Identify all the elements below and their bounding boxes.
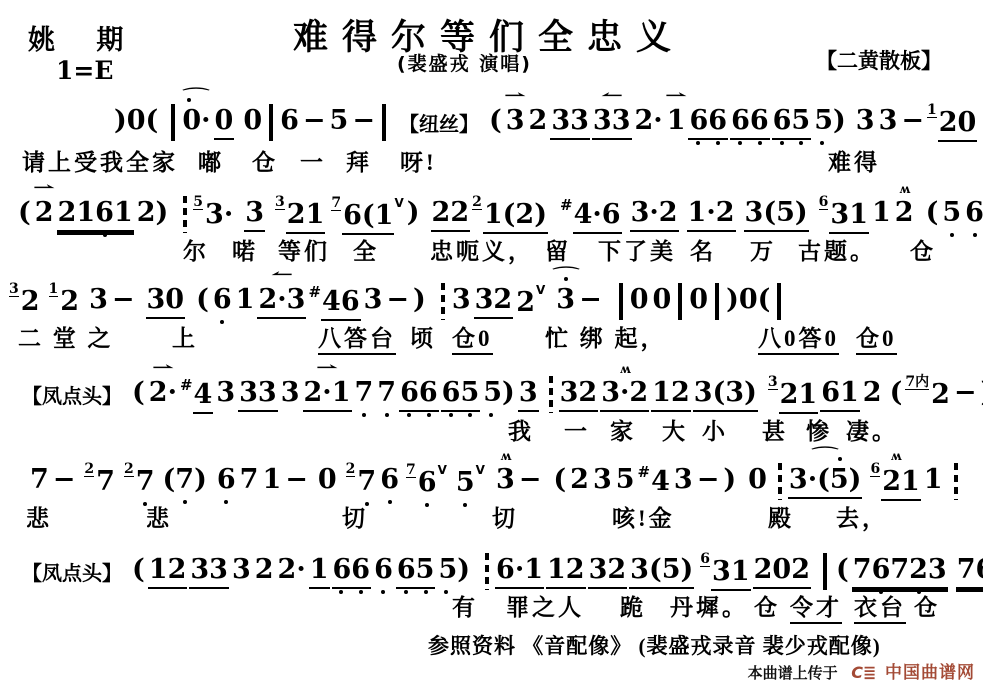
- note-digits: 3: [495, 463, 516, 497]
- lyric-segment: 上: [172, 325, 198, 353]
- note-token: #4: [638, 463, 671, 499]
- note-digits: 0: [688, 283, 709, 317]
- percussion-syllable: 衣台: [854, 594, 906, 624]
- note-token: −: [111, 283, 136, 317]
- note-token: −: [302, 104, 327, 138]
- note-token: 1: [235, 283, 256, 317]
- note-token: 7: [29, 463, 50, 497]
- slur-arc-icon: ⇀: [33, 181, 55, 195]
- note-digits: 32: [559, 376, 599, 412]
- note-token: 32: [9, 283, 41, 319]
- lyrics-line-2: 尔喏等们全忠呃义，留下了美名万古题。仓: [0, 238, 983, 270]
- note-digits: 6: [417, 466, 438, 500]
- octave-dot-below-icon: [468, 413, 472, 417]
- lyric-segment: 忠呃义，: [430, 238, 534, 266]
- notation-line-2: (⇀221612)53·332176(1V)2221(2)#4·63·21·23…: [16, 196, 983, 240]
- note-digits: 0: [652, 283, 673, 317]
- note-digits: −: [578, 283, 603, 317]
- note-token: (: [835, 553, 850, 587]
- note-token: ): [980, 376, 983, 410]
- lyric-segment: 家: [610, 418, 636, 446]
- note-digits: 6·1: [495, 553, 544, 589]
- note-digits: (: [925, 196, 940, 230]
- note-digits: 3: [231, 553, 252, 587]
- note-digits: 2161: [57, 196, 134, 232]
- sharp-accidental-icon: #: [560, 196, 573, 214]
- note-digits: 2: [254, 553, 275, 587]
- note-digits: 12: [651, 376, 691, 412]
- note-digits: 2: [930, 378, 951, 412]
- note-digits: −: [385, 283, 410, 317]
- note-token: 32: [474, 283, 514, 319]
- note-token: 76(1V: [331, 196, 403, 235]
- note-token: 0: [214, 104, 235, 140]
- note-token: ⇀1: [666, 104, 687, 138]
- note-digits: ): [406, 196, 421, 230]
- note-token: ʍ3·2: [600, 376, 649, 412]
- note-digits: 2·3: [257, 283, 306, 319]
- note-digits: −: [953, 376, 978, 410]
- notation-line-3: 32123−30(61↼2·3#463−)3322V⌒3−000)0(: [8, 283, 786, 327]
- note-token: ): [412, 283, 427, 317]
- note-token: 1: [261, 463, 282, 497]
- note-token: 1·2: [687, 196, 736, 232]
- note-token: 33: [238, 376, 278, 412]
- note-token: −: [578, 283, 603, 317]
- note-digits: −: [111, 283, 136, 317]
- opera-name: 姚 期: [28, 18, 139, 57]
- octave-dot-above-icon: [187, 98, 191, 102]
- note-digits: 3: [280, 376, 301, 410]
- note-token: 6·1: [495, 553, 544, 589]
- lyric-segment: 悲: [146, 505, 172, 533]
- note-token: 3(3): [693, 376, 758, 412]
- note-digits: (: [488, 104, 503, 138]
- note-digits: 6(1: [342, 199, 394, 235]
- note-token: 7内2: [905, 376, 951, 412]
- note-token: 2: [528, 104, 549, 138]
- note-token: −: [518, 463, 543, 497]
- note-token: 27: [346, 463, 378, 499]
- barline-dashed: [954, 463, 958, 500]
- note-token: 3: [878, 104, 899, 138]
- trill-mark-icon: ʍ: [891, 450, 901, 462]
- note-digits: 65: [396, 553, 436, 589]
- lyrics-line-3: 二 堂 之上八答台顷仓0忙 绑 起，八0答0仓0: [0, 325, 983, 357]
- lyric-segment: 切: [342, 505, 368, 533]
- note-token: 12: [546, 553, 586, 589]
- percussion-syllable: 八0答0: [758, 325, 839, 355]
- barline-solid: [777, 283, 781, 320]
- note-digits: 0: [747, 463, 768, 497]
- percussion-pattern-label: 【凤点头】: [22, 380, 122, 409]
- note-digits: 6: [373, 553, 394, 587]
- note-token: 2): [136, 196, 170, 230]
- slur-arc-icon: ↼: [271, 268, 293, 282]
- note-token: 5V: [455, 463, 485, 500]
- breath-mark-icon: V: [476, 463, 485, 477]
- lyric-segment: 名: [690, 238, 716, 266]
- note-token: ⇀3: [505, 104, 526, 138]
- note-token: 1: [309, 553, 330, 589]
- sharp-accidental-icon: #: [180, 376, 193, 394]
- lyric-segment: 等们: [278, 238, 330, 266]
- lyric-segment: 跪: [620, 594, 646, 622]
- note-token: 3: [451, 283, 472, 317]
- note-digits: −: [351, 104, 376, 138]
- note-digits: 65: [441, 376, 481, 412]
- note-token: 5: [615, 463, 636, 497]
- note-digits: 33: [550, 104, 590, 140]
- note-token: #4: [180, 376, 213, 414]
- octave-dot-below-icon: [183, 500, 187, 504]
- breath-mark-icon: V: [438, 463, 447, 477]
- lyric-segment: 嘟: [198, 149, 224, 177]
- lyric-segment: 切: [492, 505, 518, 533]
- note-digits: 2): [136, 196, 170, 230]
- note-digits: 1: [871, 196, 892, 230]
- lyric-segment: 请上受我全家: [22, 149, 178, 177]
- note-token: −: [953, 376, 978, 410]
- note-token: 3: [363, 283, 384, 317]
- note-token: )0(: [725, 283, 771, 317]
- note-digits: 5: [455, 466, 476, 500]
- note-token: 6: [279, 104, 300, 138]
- note-digits: 31: [829, 198, 869, 234]
- slur-arc-icon: ⇀: [504, 89, 526, 103]
- note-digits: 4: [193, 378, 214, 414]
- note-digits: 32: [588, 553, 628, 589]
- note-token: ⇀2·1: [303, 376, 352, 412]
- barline-dashed: [441, 283, 445, 320]
- sharp-accidental-icon: #: [308, 283, 321, 301]
- barline-solid: [382, 104, 386, 141]
- note-token: 5: [941, 196, 962, 230]
- note-token: ⌒3·(5): [788, 463, 863, 499]
- lyric-segment: 罪之人: [506, 594, 584, 622]
- note-digits: 65: [772, 104, 812, 140]
- lyric-segment: 咳!金: [612, 505, 675, 533]
- note-token: 27: [84, 463, 116, 499]
- note-digits: 2: [34, 196, 55, 230]
- note-digits: 21: [286, 198, 326, 234]
- note-token: 3: [673, 463, 694, 497]
- lyric-segment: 尔: [183, 238, 209, 266]
- octave-dot-below-icon: [407, 413, 411, 417]
- note-digits: )0(: [725, 283, 771, 317]
- grace-note: 3: [768, 376, 778, 390]
- note-digits: 7: [239, 463, 260, 497]
- note-token: ⇀2·: [148, 376, 178, 410]
- note-digits: 5): [437, 553, 471, 587]
- note-digits: 1: [235, 283, 256, 317]
- note-digits: 2·: [634, 104, 664, 138]
- slur-arc-icon: ⌒: [812, 448, 839, 462]
- note-token: ʍ621: [870, 463, 920, 501]
- note-digits: 4: [650, 465, 671, 499]
- note-token: 0: [688, 283, 709, 317]
- lyrics-line-4: 我一家大小甚惨凄。: [0, 418, 983, 450]
- note-digits: 20: [938, 106, 978, 142]
- octave-dot-below-icon: [103, 233, 107, 237]
- note-digits: 31: [711, 555, 751, 591]
- note-digits: 33: [592, 104, 632, 140]
- note-digits: 2: [59, 285, 80, 319]
- note-digits: 2: [20, 285, 41, 319]
- grace-note: 3: [275, 196, 285, 210]
- note-digits: 7: [135, 465, 156, 499]
- note-digits: 0: [242, 104, 263, 138]
- note-token: −: [696, 463, 721, 497]
- note-token: 33: [550, 104, 590, 140]
- note-token: 76723: [852, 553, 948, 589]
- performer-credit: (裴盛戎 演唱): [397, 49, 532, 76]
- note-digits: 12: [546, 553, 586, 589]
- lyric-segment: 有: [452, 594, 478, 622]
- octave-dot-below-icon: [427, 413, 431, 417]
- lyric-segment: 一: [300, 149, 326, 177]
- note-token: 5): [482, 376, 516, 410]
- note-digits: 3(5): [629, 553, 694, 589]
- note-token: (: [195, 283, 210, 317]
- lyric-segment: 我: [508, 418, 534, 446]
- percussion-pattern-label: 【凤点头】: [22, 557, 122, 586]
- lyric-segment: 仓: [910, 238, 936, 266]
- note-digits: (7): [162, 463, 208, 497]
- note-digits: 66: [688, 104, 728, 140]
- note-token: 7: [354, 376, 375, 410]
- note-digits: 3: [215, 376, 236, 410]
- note-digits: 0: [317, 463, 338, 497]
- note-digits: 66: [730, 104, 770, 140]
- octave-dot-below-icon: [799, 141, 803, 145]
- breath-mark-icon: V: [536, 283, 545, 297]
- note-token: 12: [651, 376, 691, 412]
- note-digits: 2: [569, 463, 590, 497]
- lyric-segment: 留: [545, 238, 571, 266]
- note-digits: 4·6: [573, 198, 622, 234]
- octave-dot-below-icon: [224, 500, 228, 504]
- score-page: 姚 期 1=E 难得尔等们全忠义 (裴盛戎 演唱) 【二黄散板】 )0(⌒0·0…: [0, 0, 983, 689]
- note-digits: 33: [238, 376, 278, 412]
- note-token: 3(5): [744, 196, 809, 232]
- note-token: 12: [148, 553, 188, 589]
- note-token: 6: [964, 196, 983, 230]
- trill-mark-icon: ʍ: [899, 183, 909, 195]
- grace-note: 2: [84, 463, 94, 477]
- lyric-segment: 丹墀。: [670, 594, 748, 622]
- trill-mark-icon: ʍ: [620, 363, 630, 375]
- note-digits: (: [195, 283, 210, 317]
- note-digits: 3: [855, 104, 876, 138]
- note-digits: 66: [332, 553, 372, 589]
- note-token: 66: [688, 104, 728, 140]
- note-digits: 5: [941, 196, 962, 230]
- lyric-segment: 拜: [346, 149, 372, 177]
- note-digits: 46: [321, 285, 361, 321]
- note-token: 0: [629, 283, 650, 317]
- note-token: 3: [231, 553, 252, 587]
- note-token: 27: [124, 463, 156, 499]
- note-digits: 33: [189, 553, 229, 589]
- note-token: 120: [927, 104, 977, 142]
- note-digits: 2: [894, 196, 915, 230]
- slur-arc-icon: ↼: [601, 89, 623, 103]
- lyric-segment: 仓: [754, 594, 780, 622]
- note-token: #46: [308, 283, 360, 321]
- lyric-segment: 殿: [768, 505, 794, 533]
- note-token: 66: [332, 553, 372, 589]
- note-digits: 3: [878, 104, 899, 138]
- note-digits: 7: [95, 465, 116, 499]
- note-token: 66: [399, 376, 439, 412]
- lyrics-line-1: 请上受我全家嘟仓一拜呀!难得: [0, 149, 983, 181]
- lyric-segment: 一: [564, 418, 590, 446]
- note-token: 2: [254, 553, 275, 587]
- note-token: 33: [189, 553, 229, 589]
- note-token: 2·: [277, 553, 307, 587]
- banshi-label: 【二黄散板】: [816, 45, 942, 75]
- lyric-segment: 悲: [26, 505, 52, 533]
- note-token: ⌒0·: [181, 104, 211, 138]
- lyric-segment: 顷: [410, 325, 436, 353]
- octave-dot-below-icon: [362, 413, 366, 417]
- notation-line-1: )0(⌒0·006−5−【纽丝】(⇀3233↼332·⇀16666655)33−…: [112, 104, 983, 148]
- note-token: 3(5): [629, 553, 694, 589]
- note-digits: 6: [216, 463, 237, 497]
- note-digits: 3(3): [693, 376, 758, 412]
- octave-dot-below-icon: [385, 413, 389, 417]
- grace-note: 3: [9, 283, 19, 297]
- note-digits: 3: [518, 376, 539, 412]
- note-digits: 0: [629, 283, 650, 317]
- note-digits: 21: [779, 378, 819, 414]
- note-token: 321: [275, 196, 325, 234]
- grace-note: 6: [870, 463, 880, 477]
- note-token: ): [722, 463, 737, 497]
- note-token: 2: [569, 463, 590, 497]
- note-digits: 1·2: [687, 196, 736, 232]
- note-token: 53·: [193, 196, 234, 232]
- site-name: 中国曲谱网: [885, 663, 975, 683]
- lyric-segment: 去，: [836, 505, 888, 533]
- note-token: 3: [88, 283, 109, 317]
- note-token: 631: [819, 196, 869, 234]
- note-digits: (: [835, 553, 850, 587]
- octave-dot-below-icon: [696, 141, 700, 145]
- barline-solid: [678, 283, 682, 320]
- note-token: (7): [162, 463, 208, 497]
- note-digits: 61: [820, 376, 860, 412]
- note-token: 5: [329, 104, 350, 138]
- note-token: ʍ2: [894, 196, 915, 230]
- octave-dot-below-icon: [738, 141, 742, 145]
- key-signature: 1=E: [56, 56, 113, 85]
- barline-solid: [171, 104, 175, 141]
- percussion-pattern-label: 【纽丝】: [399, 108, 479, 137]
- barline-dashed: [549, 376, 553, 413]
- note-digits: (: [131, 376, 146, 410]
- note-token: 2: [862, 376, 883, 410]
- note-token: −: [284, 463, 309, 497]
- note-token: (: [925, 196, 940, 230]
- octave-dot-below-icon: [388, 500, 392, 504]
- note-digits: 3·2: [630, 196, 679, 232]
- note-digits: 1: [923, 463, 944, 497]
- note-token: 30: [146, 283, 186, 319]
- lyric-segment: 呀!: [400, 149, 437, 177]
- note-digits: 3·(5): [788, 463, 863, 499]
- note-token: 6: [212, 283, 233, 317]
- note-digits: 7: [356, 465, 377, 499]
- octave-dot-above-icon: [564, 277, 568, 281]
- note-token: #4·6: [560, 196, 622, 234]
- note-token: 3: [518, 376, 539, 412]
- note-digits: 1(2): [483, 198, 548, 234]
- slur-arc-icon: ⇀: [316, 361, 338, 375]
- note-digits: 3: [673, 463, 694, 497]
- note-token: 2·: [634, 104, 664, 138]
- grace-note: 7: [331, 197, 341, 211]
- note-digits: 2: [862, 376, 883, 410]
- note-token: 21(2): [472, 196, 548, 234]
- note-token: 0: [242, 104, 263, 138]
- note-token: ʍ3: [495, 463, 516, 497]
- lyric-segment: 仓: [252, 149, 278, 177]
- lyric-segment: 难得: [828, 149, 880, 177]
- note-digits: (: [17, 196, 32, 230]
- note-digits: 76561: [956, 553, 983, 589]
- barline-solid: [823, 553, 827, 590]
- note-digits: 22: [431, 196, 471, 232]
- lyrics-line-5: 悲悲切切咳!金殿去，: [0, 505, 983, 537]
- note-token: 3: [215, 376, 236, 410]
- grace-note: 6: [700, 553, 710, 567]
- note-token: 76561: [956, 553, 983, 589]
- note-digits: ): [722, 463, 737, 497]
- note-digits: 3: [363, 283, 384, 317]
- note-digits: −: [518, 463, 543, 497]
- note-digits: 2·: [277, 553, 307, 587]
- note-digits: (: [552, 463, 567, 497]
- note-digits: 30: [146, 283, 186, 319]
- note-token: ⌒3: [555, 283, 576, 317]
- note-digits: −: [52, 463, 77, 497]
- note-token: 22: [431, 196, 471, 232]
- note-digits: 12: [148, 553, 188, 589]
- note-digits: 6: [279, 104, 300, 138]
- slur-arc-icon: ⇀: [152, 361, 174, 375]
- note-token: −: [351, 104, 376, 138]
- note-digits: 32: [474, 283, 514, 319]
- note-digits: 3(5): [744, 196, 809, 232]
- sharp-accidental-icon: #: [638, 463, 651, 481]
- note-digits: 1: [666, 104, 687, 138]
- notation-line-6: 【凤点头】(1233322·1666655)6·112323(5)631202(…: [18, 553, 983, 597]
- note-digits: (: [131, 553, 146, 587]
- lyrics-line-6: 有罪之人跪丹墀。仓令才衣台仓: [0, 594, 983, 626]
- lyric-segment: 下了美: [598, 238, 676, 266]
- trill-mark-icon: ʍ: [500, 450, 510, 462]
- note-token: 2V: [515, 283, 545, 320]
- note-token: −: [52, 463, 77, 497]
- barline-solid: [619, 283, 623, 320]
- note-digits: −: [696, 463, 721, 497]
- note-token: 321: [768, 376, 818, 414]
- note-token: −: [385, 283, 410, 317]
- note-token: 1: [923, 463, 944, 497]
- lyric-segment: 仓: [914, 594, 940, 622]
